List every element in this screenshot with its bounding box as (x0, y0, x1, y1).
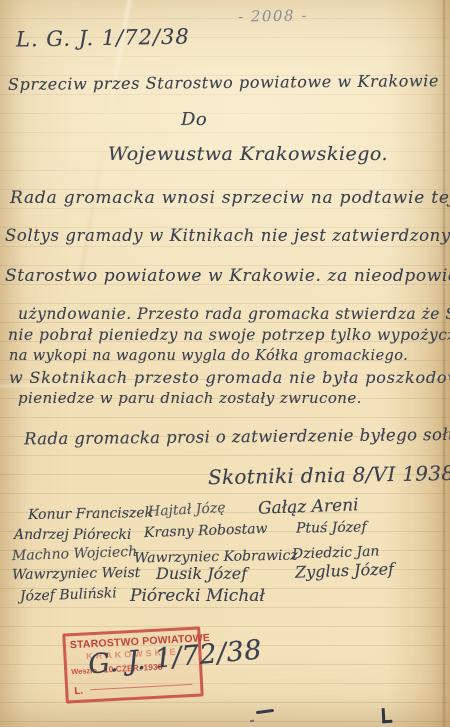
addressee-line: Wojewustwa Krakowskiego. (108, 144, 388, 165)
ink-dash-mark (256, 709, 274, 714)
body-line: Rada gromacka wnosi sprzeciw na podtawie… (10, 189, 450, 208)
signature: Krasny Robostaw (144, 521, 268, 541)
body-line: nie pobrał pieniedzy na swoje potrzep ty… (8, 327, 450, 344)
reference-number: L. G. J. 1/72/38 (16, 25, 190, 51)
signature: Andrzej Piórecki (14, 527, 131, 543)
signature: Wawrzyniec Weist (12, 565, 141, 583)
signature: Machno Wojciech (12, 544, 138, 564)
ink-dot-mark (250, 720, 254, 723)
subject-line: Sprzeciw przes Starostwo powiatowe w Kra… (8, 72, 439, 93)
request-line: Rada gromacka prosi o zatwierdzenie byłe… (24, 426, 450, 449)
stamp-number-prefix: L. (74, 686, 83, 697)
body-line: w Skotnikach przesto gromada nie była po… (9, 369, 450, 387)
stamp-number-rule (90, 683, 192, 690)
body-line: Soltys gramady w Kitnikach nie jest zatw… (5, 227, 450, 245)
signature: Józef Buliński (20, 585, 117, 604)
signature: Dusik Józef (156, 564, 247, 583)
pencil-archive-number: - 2008 - (238, 7, 308, 25)
scanned-letter-page: - 2008 - L. G. J. 1/72/38 Sprzeciw przes… (0, 0, 450, 727)
salutation: Do (181, 110, 207, 130)
body-line: pieniedze w paru dniach zostały zwrucone… (18, 390, 362, 407)
body-line: Starostwo powiatowe w Krakowie. za nieod… (5, 267, 450, 286)
signature: Piórecki Michał (130, 586, 265, 606)
signature: Ptuś Józef (296, 519, 367, 536)
paper-edge (443, 0, 445, 727)
body-line: na wykopi na wagonu wygla do Kółka groma… (9, 349, 408, 365)
body-line: użyndowanie. Przesto rada gromacka stwie… (18, 306, 450, 323)
signature: Hajtał Józę (148, 500, 226, 520)
signature: Zyglus Józef (295, 559, 395, 581)
place-and-date: Skotniki dnia 8/VI 1938. (208, 462, 450, 488)
signature: Konur Franciszek (28, 505, 153, 523)
signature: Gałąz Areni (258, 495, 359, 518)
ink-l-mark (382, 708, 393, 724)
